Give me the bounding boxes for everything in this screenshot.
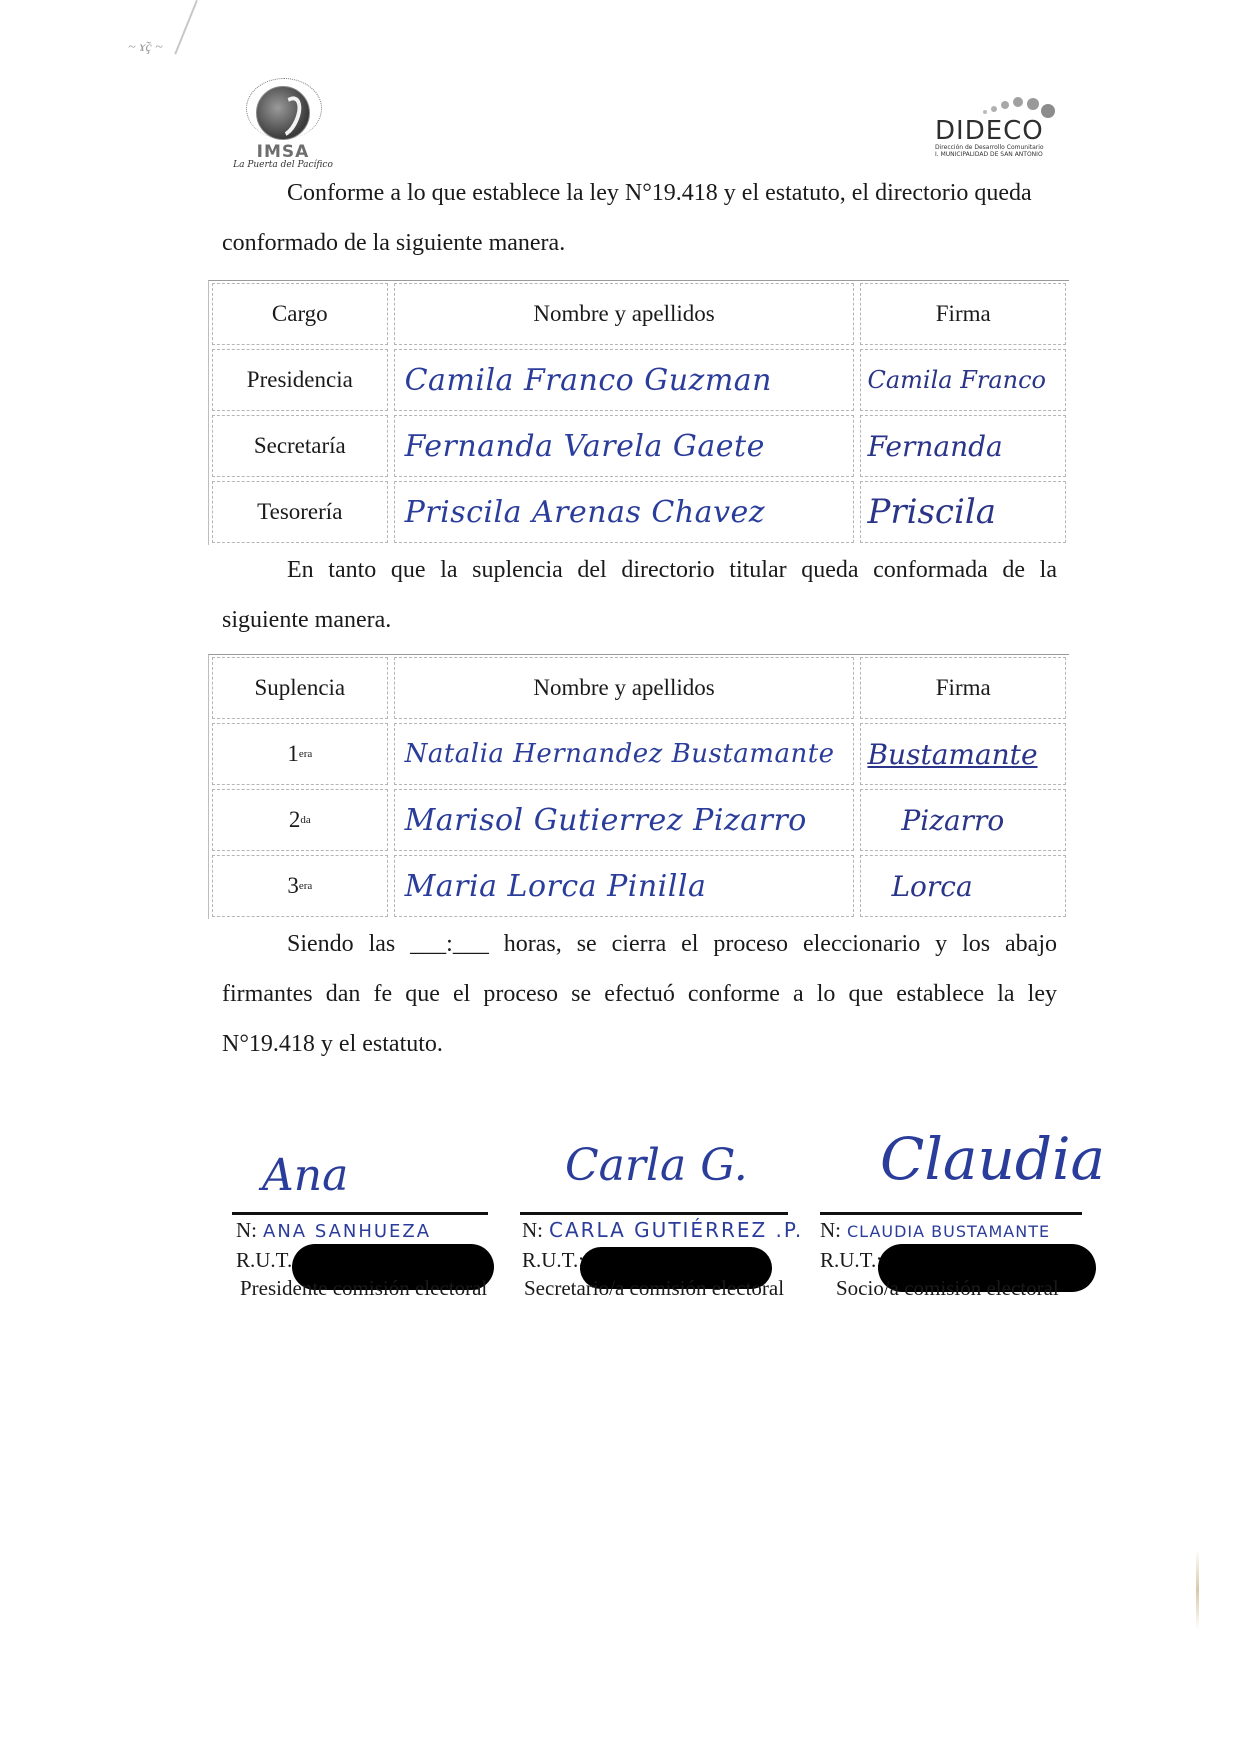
- table-row: 2da Marisol Gutierrez Pizarro Pizarro: [209, 787, 1069, 853]
- signature-line: [520, 1212, 788, 1215]
- suplencia-cell: 2da: [212, 789, 388, 851]
- header-cargo: Cargo: [212, 283, 388, 345]
- directorio-table: Cargo Nombre y apellidos Firma Presidenc…: [208, 280, 1069, 545]
- handwritten-signature: Ana: [262, 1150, 348, 1201]
- firma-cell: Fernanda: [860, 415, 1066, 477]
- nombre-cell: Marisol Gutierrez Pizarro: [394, 789, 855, 851]
- dideco-logo: DIDECO Dirección de Desarrollo Comunitar…: [935, 92, 1065, 172]
- paragraph3-line3: N°19.418 y el estatuto.: [222, 1031, 443, 1058]
- scan-edge-artifact: [1196, 1550, 1199, 1630]
- suplencia-cell: 1era: [212, 723, 388, 785]
- cargo-cell: Presidencia: [212, 349, 388, 411]
- imsa-tagline: La Puerta del Pacífico: [228, 160, 338, 170]
- table-row: Secretaría Fernanda Varela Gaete Fernand…: [209, 413, 1069, 479]
- cargo-cell: Tesorería: [212, 481, 388, 543]
- role-label: Socio/a comisión electoral: [836, 1276, 1059, 1301]
- signature-line: [820, 1212, 1082, 1215]
- signature-line: [232, 1212, 488, 1215]
- imsa-emblem-icon: [256, 86, 310, 140]
- header-firma: Firma: [860, 283, 1066, 345]
- nombre-cell: Priscila Arenas Chavez: [394, 481, 855, 543]
- header-nombre: Nombre y apellidos: [394, 657, 855, 719]
- paragraph2-line2: siguiente manera.: [222, 607, 391, 634]
- dideco-dots-icon: [935, 92, 1065, 118]
- table-row: 3era Maria Lorca Pinilla Lorca: [209, 853, 1069, 919]
- imsa-name: IMSA: [228, 142, 338, 162]
- paragraph1-line1: Conforme a lo que establece la ley N°19.…: [287, 180, 1057, 207]
- nombre-cell: Fernanda Varela Gaete: [394, 415, 855, 477]
- firma-cell: Priscila: [860, 481, 1066, 543]
- name-label: N:ANA SANHUEZA: [236, 1218, 431, 1243]
- rut-label: R.U.T.: [236, 1248, 292, 1273]
- name-label: N:CLAUDIA BUSTAMANTE: [820, 1218, 1050, 1243]
- handwritten-signature: Claudia: [880, 1125, 1105, 1193]
- suplencia-table: Suplencia Nombre y apellidos Firma 1era …: [208, 654, 1069, 919]
- firma-cell: Pizarro: [860, 789, 1066, 851]
- nombre-cell: Maria Lorca Pinilla: [394, 855, 855, 917]
- table-row: Presidencia Camila Franco Guzman Camila …: [209, 347, 1069, 413]
- handwritten-signature: Carla G.: [565, 1140, 748, 1191]
- table-header-row: Cargo Nombre y apellidos Firma: [209, 281, 1069, 347]
- paragraph1-line2: conformado de la siguiente manera.: [222, 230, 565, 257]
- paragraph3-line2: firmantes dan fe que el proceso se efect…: [222, 981, 1057, 1008]
- table-row: 1era Natalia Hernandez Bustamante Bustam…: [209, 721, 1069, 787]
- dideco-name: DIDECO: [935, 118, 1065, 144]
- imsa-logo: IMSA La Puerta del Pacífico: [228, 78, 338, 178]
- paragraph2-line1: En tanto que la suplencia del directorio…: [287, 557, 1057, 584]
- role-label: Secretario/a comisión electoral: [524, 1276, 784, 1301]
- firma-cell: Bustamante: [860, 723, 1066, 785]
- name-label: N:CARLA GUTIÉRREZ .P.: [522, 1218, 803, 1243]
- table-header-row: Suplencia Nombre y apellidos Firma: [209, 655, 1069, 721]
- header-firma: Firma: [860, 657, 1066, 719]
- header-nombre: Nombre y apellidos: [394, 283, 855, 345]
- scan-smudge: ~ ɤ̃ç ~: [128, 40, 208, 58]
- table-row: Tesorería Priscila Arenas Chavez Priscil…: [209, 479, 1069, 545]
- nombre-cell: Natalia Hernandez Bustamante: [394, 723, 855, 785]
- dideco-subtitle-1: Dirección de Desarrollo Comunitario: [935, 144, 1065, 151]
- header-suplencia: Suplencia: [212, 657, 388, 719]
- firma-cell: Camila Franco: [860, 349, 1066, 411]
- rut-label: R.U.T.:: [522, 1248, 584, 1273]
- paragraph3-line1: Siendo las ___:___ horas, se cierra el p…: [287, 931, 1057, 958]
- suplencia-cell: 3era: [212, 855, 388, 917]
- role-label: Presidente comisión electoral: [240, 1276, 487, 1301]
- cargo-cell: Secretaría: [212, 415, 388, 477]
- firma-cell: Lorca: [860, 855, 1066, 917]
- dideco-subtitle-2: I. MUNICIPALIDAD DE SAN ANTONIO: [935, 151, 1065, 158]
- nombre-cell: Camila Franco Guzman: [394, 349, 855, 411]
- rut-label: R.U.T.:: [820, 1248, 882, 1273]
